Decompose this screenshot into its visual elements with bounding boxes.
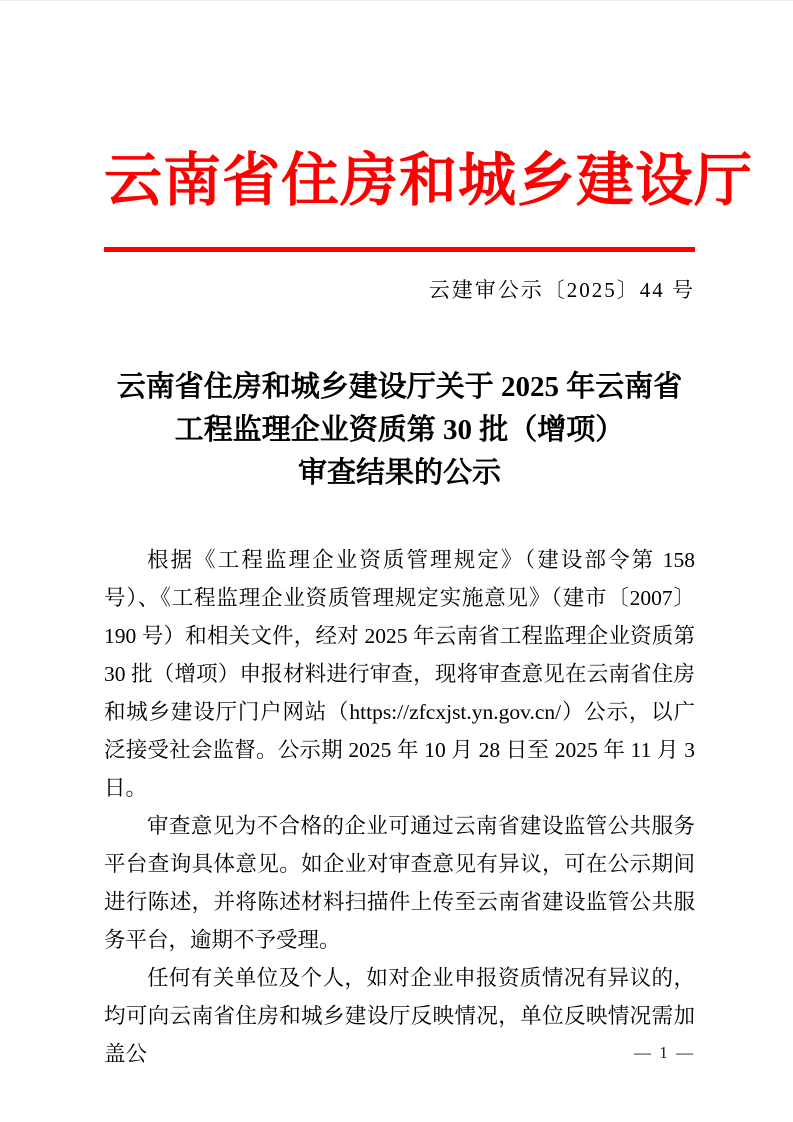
paragraph-reporting-channel: 任何有关单位及个人，如对企业申报资质情况有异议的，均可向云南省住房和城乡建设厅反… xyxy=(104,959,695,1073)
title-line-3: 审查结果的公示 xyxy=(104,452,695,495)
document-page: 云南省住房和城乡建设厅 云建审公示〔2025〕44 号 云南省住房和城乡建设厅关… xyxy=(0,0,793,1122)
document-body: 根据《工程监理企业资质管理规定》（建设部令第 158 号）、《工程监理企业资质管… xyxy=(104,541,695,1073)
paragraph-legal-basis: 根据《工程监理企业资质管理规定》（建设部令第 158 号）、《工程监理企业资质管… xyxy=(104,541,695,807)
page-number: — 1 — xyxy=(634,1043,695,1063)
header-divider-line xyxy=(104,247,695,252)
paragraph-objection-process: 审查意见为不合格的企业可通过云南省建设监管公共服务平台查询具体意见。如企业对审查… xyxy=(104,807,695,959)
agency-name-header: 云南省住房和城乡建设厅 xyxy=(104,152,695,210)
title-line-2: 工程监理企业资质第 30 批（增项） xyxy=(104,409,695,452)
title-line-1: 云南省住房和城乡建设厅关于 2025 年云南省 xyxy=(104,366,695,409)
document-number: 云建审公示〔2025〕44 号 xyxy=(104,279,695,302)
document-title: 云南省住房和城乡建设厅关于 2025 年云南省 工程监理企业资质第 30 批（增… xyxy=(104,366,695,495)
